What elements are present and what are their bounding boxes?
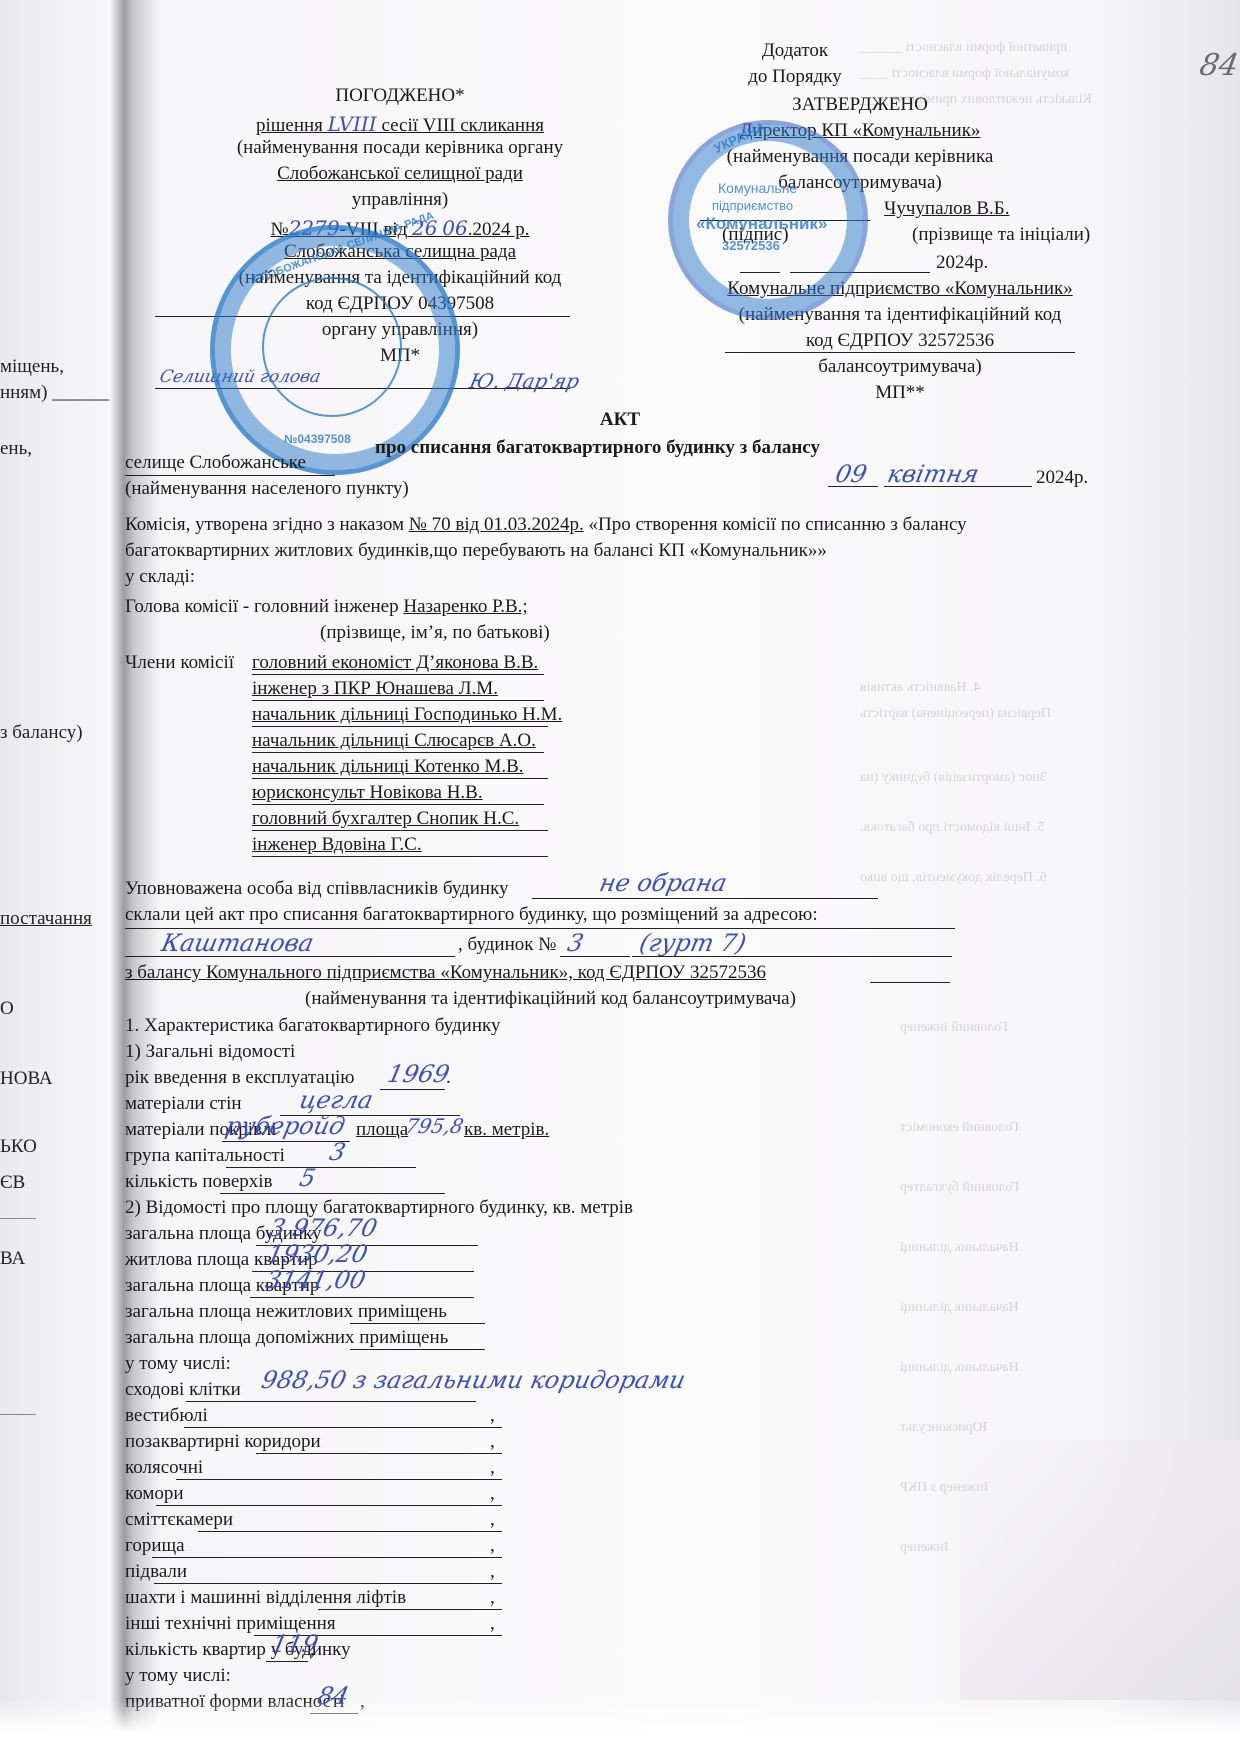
bleed-through-text: 5. Інші відомості про багатокв. (860, 820, 1044, 836)
underline (350, 1349, 485, 1350)
settlement: селище Слобожанське (125, 452, 306, 474)
seal-text: «Комунальник» (696, 214, 827, 234)
margin-fragment: О (0, 998, 14, 1020)
divider (0, 1414, 36, 1415)
date-line (828, 486, 878, 487)
bleed-through-text: Начальник дільниці (900, 1360, 1019, 1376)
bleed-through-text: Начальник дільниці (900, 1300, 1019, 1316)
underline (266, 1661, 308, 1662)
commission-order-title: багатоквартирних житлових будинків,що пе… (125, 540, 827, 562)
underline (184, 1427, 502, 1428)
underline (152, 1557, 502, 1558)
living-area-hand: 1930,20 (265, 1241, 370, 1267)
bleed-through-text: Начальник дільниці (900, 1240, 1019, 1256)
caption-position: (найменування посади керівника органу (150, 137, 650, 159)
bleed-through-text: Знос (амортизація) будинку (на (860, 770, 1047, 786)
act-date-month-hand: квітня (885, 461, 981, 487)
signature-hand: Ю. Дар'яр (467, 368, 582, 394)
bleed-through-text: 4. Наявність активів (860, 680, 981, 696)
underline (252, 752, 544, 753)
roof-hand: руберойд (223, 1113, 347, 1139)
approval-year: 2024р. (936, 252, 988, 274)
bleed-through-text: Інженер (900, 1540, 949, 1556)
caption-management: управління) (240, 189, 560, 211)
bleed-through-text: приватної форми власності ______ (860, 40, 1067, 56)
underline (250, 1297, 474, 1298)
underline (256, 1453, 502, 1454)
act-date-day-hand: 09 (833, 461, 869, 487)
nonresidential-label: загальна площа нежитлових приміщень (125, 1301, 447, 1323)
auxiliary-label: загальна площа допоміжних приміщень (125, 1327, 448, 1349)
apartments-area-hand: 3141,00 (263, 1267, 368, 1293)
bleed-through-text: Головний інженер (900, 1020, 1008, 1036)
aux-item-label: колясочні (125, 1457, 203, 1479)
underline (532, 898, 878, 899)
drew-up-text: склали цей акт про списання багатокварти… (125, 904, 818, 926)
capital-hand: 3 (327, 1139, 348, 1165)
aux-item-label: сміттєкамери (125, 1509, 233, 1531)
caption-name: (прізвище та ініціали) (912, 224, 1090, 246)
underline (318, 1609, 502, 1610)
walls-label: матеріали стін (125, 1093, 242, 1115)
underline (632, 956, 952, 957)
punct: , (490, 1509, 495, 1531)
underline (560, 956, 630, 957)
member-item: юрисконсульт Новікова Н.В. (252, 782, 483, 804)
margin-fragment: ень, (0, 438, 32, 460)
punct: , (490, 1587, 495, 1609)
underline (222, 1141, 350, 1142)
decision-line: рішення LVIII сесії VIII скликання (190, 111, 610, 137)
punct: , (490, 1535, 495, 1557)
member-item: начальник дільниці Господинько Н.М. (252, 704, 562, 726)
house-number-hand: 3 (565, 930, 586, 956)
underline (252, 700, 544, 701)
underline (186, 1401, 476, 1402)
member-item: головний бухгалтер Снопик Н.С. (252, 808, 519, 830)
bleed-through-text: Головний економіст (900, 1120, 1019, 1136)
underline (350, 1323, 485, 1324)
approval-title: ЗАТВЕРДЖЕНО (730, 94, 990, 116)
approval-title: ПОГОДЖЕНО* (220, 85, 580, 107)
roof-area-hand: 795,8 (403, 1113, 466, 1139)
seal-text: підприємство (712, 198, 793, 213)
aux-item-label: комори (125, 1483, 184, 1505)
walls-hand: цегла (297, 1087, 375, 1113)
including-label-2: у тому числі: (125, 1665, 231, 1687)
roof-area-unit: кв. метрів. (464, 1119, 549, 1141)
aux-item-label: підвали (125, 1561, 187, 1583)
underline (252, 674, 544, 675)
edrpou-code: код ЄДРПОУ 32572536 (700, 330, 1100, 352)
from-balance: з балансу Комунального підприємства «Ком… (125, 962, 766, 984)
margin-fragment: нням) ______ (0, 382, 109, 404)
scan-shadow (960, 1440, 1240, 1700)
underline (725, 352, 1075, 353)
date-line (884, 486, 1032, 487)
scan-edge (0, 1700, 1240, 1754)
total-area-hand: 3 976,70 (267, 1215, 379, 1241)
bleed-through-text: Юрисконсульт (900, 1420, 987, 1436)
margin-fragment: постачання (0, 908, 92, 930)
roof-area-label: площа (356, 1119, 408, 1141)
seal-inner-ring (262, 277, 402, 417)
aux-item-label: позаквартирні коридори (125, 1431, 321, 1453)
stamp-label: МП** (700, 382, 1100, 404)
chair-line: Голова комісії - головний інженер Назаре… (125, 596, 528, 618)
bleed-through-text: комунальної форми власності ____ (860, 66, 1069, 82)
composition-label: у складі: (125, 566, 195, 588)
punct: , (490, 1405, 495, 1427)
margin-fragment: з балансу) (0, 722, 83, 744)
capital-label: група капітальності (125, 1145, 285, 1167)
council-name: Слобожанської селищної ради (180, 163, 620, 185)
bleed-through-text: 6. Перелік документів, що вико (860, 870, 1047, 886)
margin-fragment: міщень, (0, 356, 64, 378)
member-item: начальник дільниці Слюсарєв А.О. (252, 730, 536, 752)
members-label: Члени комісії (125, 652, 234, 674)
margin-fragment: ЄВ (0, 1172, 25, 1194)
stairs-hand: 988,50 з загальними коридорами (259, 1367, 688, 1393)
member-item: інженер з ПКР Юнашева Л.М. (252, 678, 498, 700)
including-label: у тому числі: (125, 1353, 231, 1375)
underline (226, 1167, 416, 1168)
punct: . (446, 1067, 451, 1089)
underline (156, 1505, 502, 1506)
floors-hand: 5 (297, 1165, 318, 1191)
underline (176, 1479, 502, 1480)
caption-balance: (найменування та ідентифікаційний код ба… (305, 988, 796, 1010)
underline (252, 856, 548, 857)
street-hand: Каштанова (159, 930, 316, 956)
underline (252, 726, 548, 727)
act-subtitle: про списання багатоквартирного будинку з… (375, 437, 820, 459)
underline (125, 475, 335, 476)
margin-fragment: ЬКО (0, 1136, 37, 1158)
margin-fragment: НОВА (0, 1068, 53, 1090)
underline (380, 1089, 445, 1090)
member-item: інженер Вдовіна Г.С. (252, 834, 422, 856)
punct: , (490, 1613, 495, 1635)
owner-rep-hand: не обрана (597, 870, 729, 896)
year-hand: 1969 (385, 1061, 452, 1087)
house-note-hand: (гурт 7) (637, 930, 748, 956)
act-date-year: 2024р. (1036, 467, 1088, 489)
aux-item-label: горища (125, 1535, 185, 1557)
stairs-label: сходові клітки (125, 1379, 241, 1401)
underline (198, 1531, 502, 1532)
punct: , (490, 1457, 495, 1479)
house-label: , будинок № (458, 934, 556, 956)
seal-code: №04397508 (284, 432, 351, 446)
commission-intro: Комісія, утворена згідно з наказом № 70 … (125, 514, 967, 536)
appendix-label: Додаток (740, 40, 850, 62)
punct: , (490, 1561, 495, 1583)
owner-rep-label: Уповноважена особа від співвласників буд… (125, 878, 509, 900)
underline (252, 778, 548, 779)
seal-code: 32572536 (722, 238, 780, 253)
member-item: начальник дільниці Котенко М.В. (252, 756, 524, 778)
page-number: 84 (1197, 48, 1240, 83)
underline (870, 982, 950, 983)
punct: , (490, 1483, 495, 1505)
underline (154, 1583, 502, 1584)
document-page: 84 приватної форми власності ______ кому… (0, 0, 1240, 1754)
appendix-ref: до Порядку (730, 66, 860, 88)
member-item: головний економіст Д’яконова В.В. (252, 652, 538, 674)
underline (252, 830, 548, 831)
underline (252, 804, 544, 805)
characteristics-heading: 1. Характеристика багатоквартирного буди… (125, 1015, 500, 1037)
divider (0, 1218, 36, 1219)
director-name: Чучупалов В.Б. (884, 198, 1009, 220)
bleed-through-text: Головний бухгалтер (900, 1180, 1019, 1196)
floors-label: кількість поверхів (125, 1171, 273, 1193)
caption-settlement: (найменування населеного пункту) (125, 478, 409, 500)
act-title: АКТ (560, 409, 680, 431)
punct: , (310, 1639, 315, 1661)
punct: , (490, 1431, 495, 1453)
aux-item-label: шахти і машинні відділення ліфтів (125, 1587, 406, 1609)
seal-text: Комунальне (718, 180, 797, 196)
bleed-through-text: Первісна (переоцінена) вартість (860, 706, 1051, 722)
margin-fragment: ВА (0, 1248, 25, 1270)
caption-fio: (прізвище, ім’я, по батькові) (320, 622, 550, 644)
general-heading: 1) Загальні відомості (125, 1041, 295, 1063)
aux-item-label: вестибюлі (125, 1405, 208, 1427)
underline (220, 1193, 445, 1194)
caption-org2: балансоутримувача) (700, 356, 1100, 378)
